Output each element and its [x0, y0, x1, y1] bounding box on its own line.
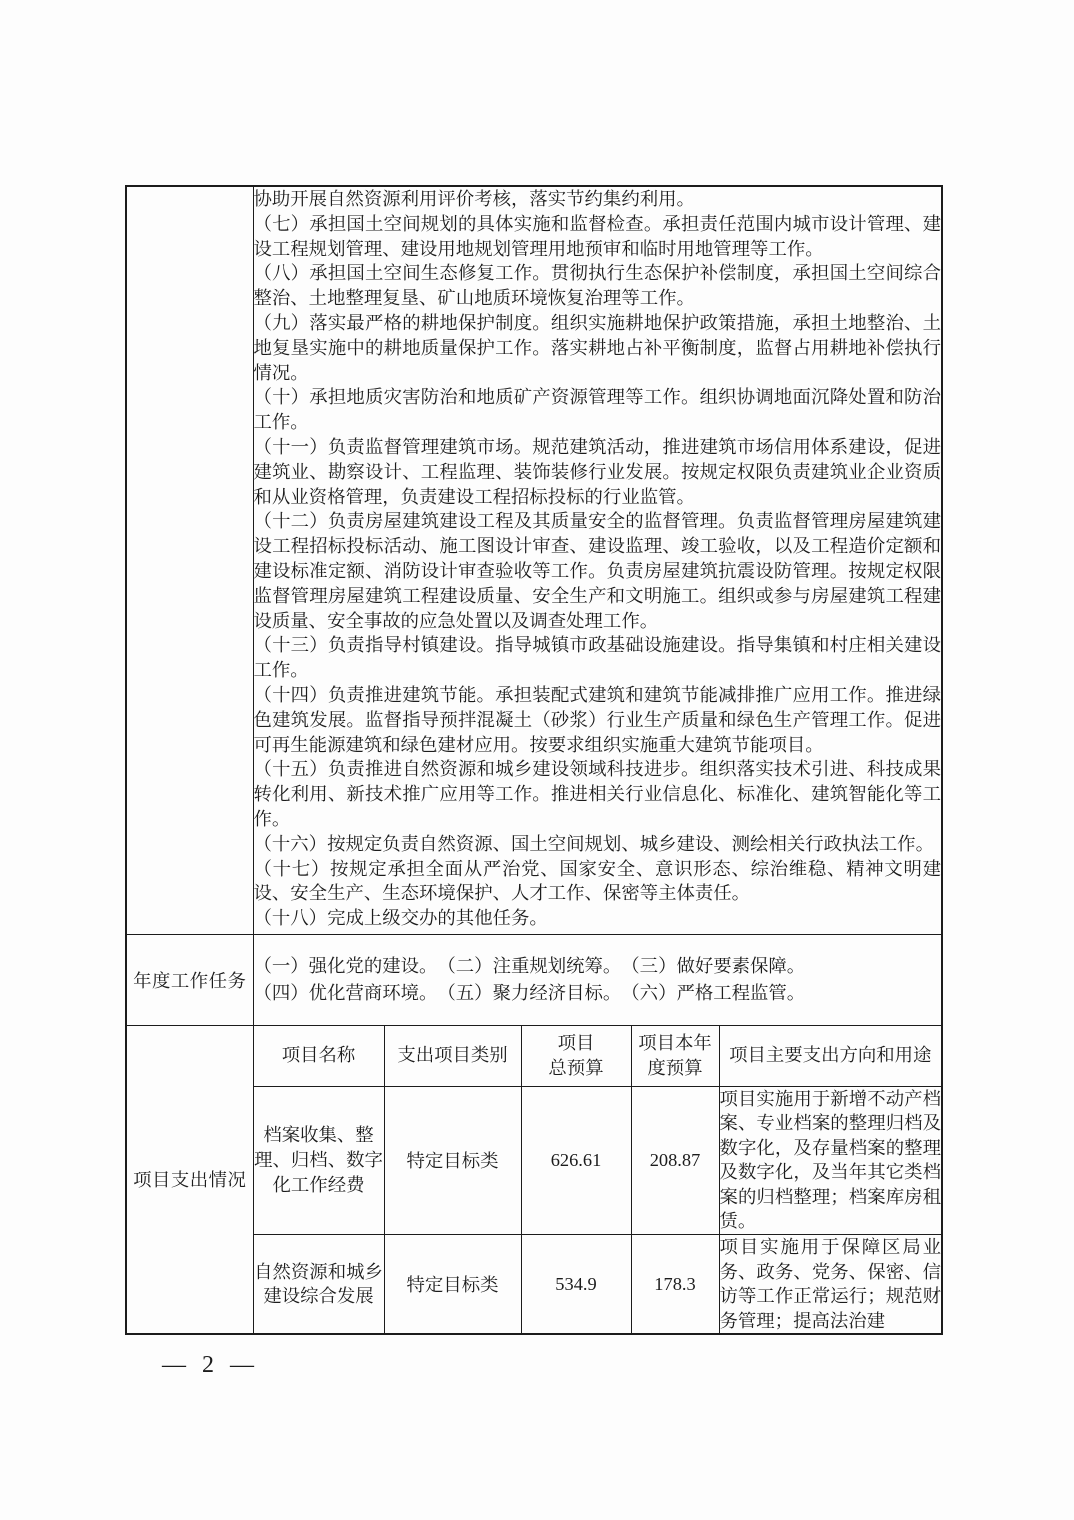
duty-paragraph: （十四）负责推进建筑节能。承担装配式建筑和建筑节能减排推广应用工作。推进绿色建筑…	[254, 683, 942, 757]
project-name: 自然资源和城乡建设综合发展	[253, 1235, 384, 1335]
duties-and-budget-table: 协助开展自然资源利用评价考核，落实节约集约利用。 （七）承担国土空间规划的具体实…	[125, 185, 943, 1335]
project-expenditure-header-row: 项目支出情况 项目名称 支出项目类别 项目 总预算 项目本年 度预算 项目主要支…	[126, 1025, 942, 1086]
project-name: 档案收集、整理、归档、数字化工作经费	[253, 1086, 384, 1235]
duty-paragraph: （八）承担国土空间生态修复工作。贯彻执行生态保护补偿制度，承担国土空间综合整治、…	[254, 261, 942, 311]
annual-tasks-content-cell: （一）强化党的建设。 （二）注重规划统筹。 （三）做好要素保障。 （四）优化营商…	[253, 934, 942, 1025]
duty-paragraph: （七）承担国土空间规划的具体实施和监督检查。承担责任范围内城市设计管理、建设工程…	[254, 212, 942, 262]
annual-tasks-row: 年度工作任务 （一）强化党的建设。 （二）注重规划统筹。 （三）做好要素保障。 …	[126, 934, 942, 1025]
duty-paragraph: （十七）按规定承担全面从严治党、国家安全、意识形态、综治维稳、精神文明建设、安全…	[254, 857, 942, 907]
project-category: 特定目标类	[384, 1086, 521, 1235]
duty-paragraph: （九）落实最严格的耕地保护制度。组织实施耕地保护政策措施，承担土地整治、土地复垦…	[254, 311, 942, 385]
column-header-expenditure-category: 支出项目类别	[384, 1025, 521, 1086]
duties-label-cell-empty	[126, 186, 253, 934]
project-expenditure-label: 项目支出情况	[126, 1025, 253, 1334]
project-total-budget: 626.61	[521, 1086, 631, 1235]
annual-tasks-line: （四）优化营商环境。 （五）聚力经济目标。 （六）严格工程监管。	[254, 980, 942, 1007]
column-header-total-budget: 项目 总预算	[521, 1025, 631, 1086]
annual-tasks-line: （一）强化党的建设。 （二）注重规划统筹。 （三）做好要素保障。	[254, 953, 942, 980]
document-page: 协助开展自然资源利用评价考核，落实节约集约利用。 （七）承担国土空间规划的具体实…	[0, 0, 1074, 1520]
duty-paragraph: （十三）负责指导村镇建设。指导城镇市政基础设施建设。指导集镇和村庄相关建设工作。	[254, 633, 942, 683]
project-category: 特定目标类	[384, 1235, 521, 1335]
project-purpose: 项目实施用于保障区局业务、政务、党务、保密、信访等工作正常运行；规范财务管理；提…	[719, 1235, 942, 1335]
duty-paragraph: （十二）负责房屋建筑建设工程及其质量安全的监督管理。负责监督管理房屋建筑建设工程…	[254, 509, 942, 633]
annual-tasks-label: 年度工作任务	[126, 934, 253, 1025]
column-header-project-name: 项目名称	[253, 1025, 384, 1086]
duties-text: 协助开展自然资源利用评价考核，落实节约集约利用。 （七）承担国土空间规划的具体实…	[254, 187, 942, 931]
column-header-main-purpose: 项目主要支出方向和用途	[719, 1025, 942, 1086]
duty-paragraph: （十八）完成上级交办的其他任务。	[254, 906, 942, 931]
project-year-budget: 208.87	[631, 1086, 719, 1235]
duty-paragraph: （十）承担地质灾害防治和地质矿产资源管理等工作。组织协调地面沉降处置和防治工作。	[254, 385, 942, 435]
duty-paragraph: （十六）按规定负责自然资源、国土空间规划、城乡建设、测绘相关行政执法工作。	[254, 832, 942, 857]
column-header-current-year-budget: 项目本年 度预算	[631, 1025, 719, 1086]
duty-paragraph: 协助开展自然资源利用评价考核，落实节约集约利用。	[254, 187, 942, 212]
project-year-budget: 178.3	[631, 1235, 719, 1335]
duty-paragraph: （十一）负责监督管理建筑市场。规范建筑活动，推进建筑市场信用体系建设，促进建筑业…	[254, 435, 942, 509]
duty-paragraph: （十五）负责推进自然资源和城乡建设领域科技进步。组织落实技术引进、科技成果转化利…	[254, 757, 942, 831]
project-total-budget: 534.9	[521, 1235, 631, 1335]
duties-continuation-row: 协助开展自然资源利用评价考核，落实节约集约利用。 （七）承担国土空间规划的具体实…	[126, 186, 942, 934]
project-purpose: 项目实施用于新增不动产档案、专业档案的整理归档及数字化，及存量档案的整理及数字化…	[719, 1086, 942, 1235]
duties-text-cell: 协助开展自然资源利用评价考核，落实节约集约利用。 （七）承担国土空间规划的具体实…	[253, 186, 942, 934]
page-number: — 2 —	[162, 1352, 254, 1379]
